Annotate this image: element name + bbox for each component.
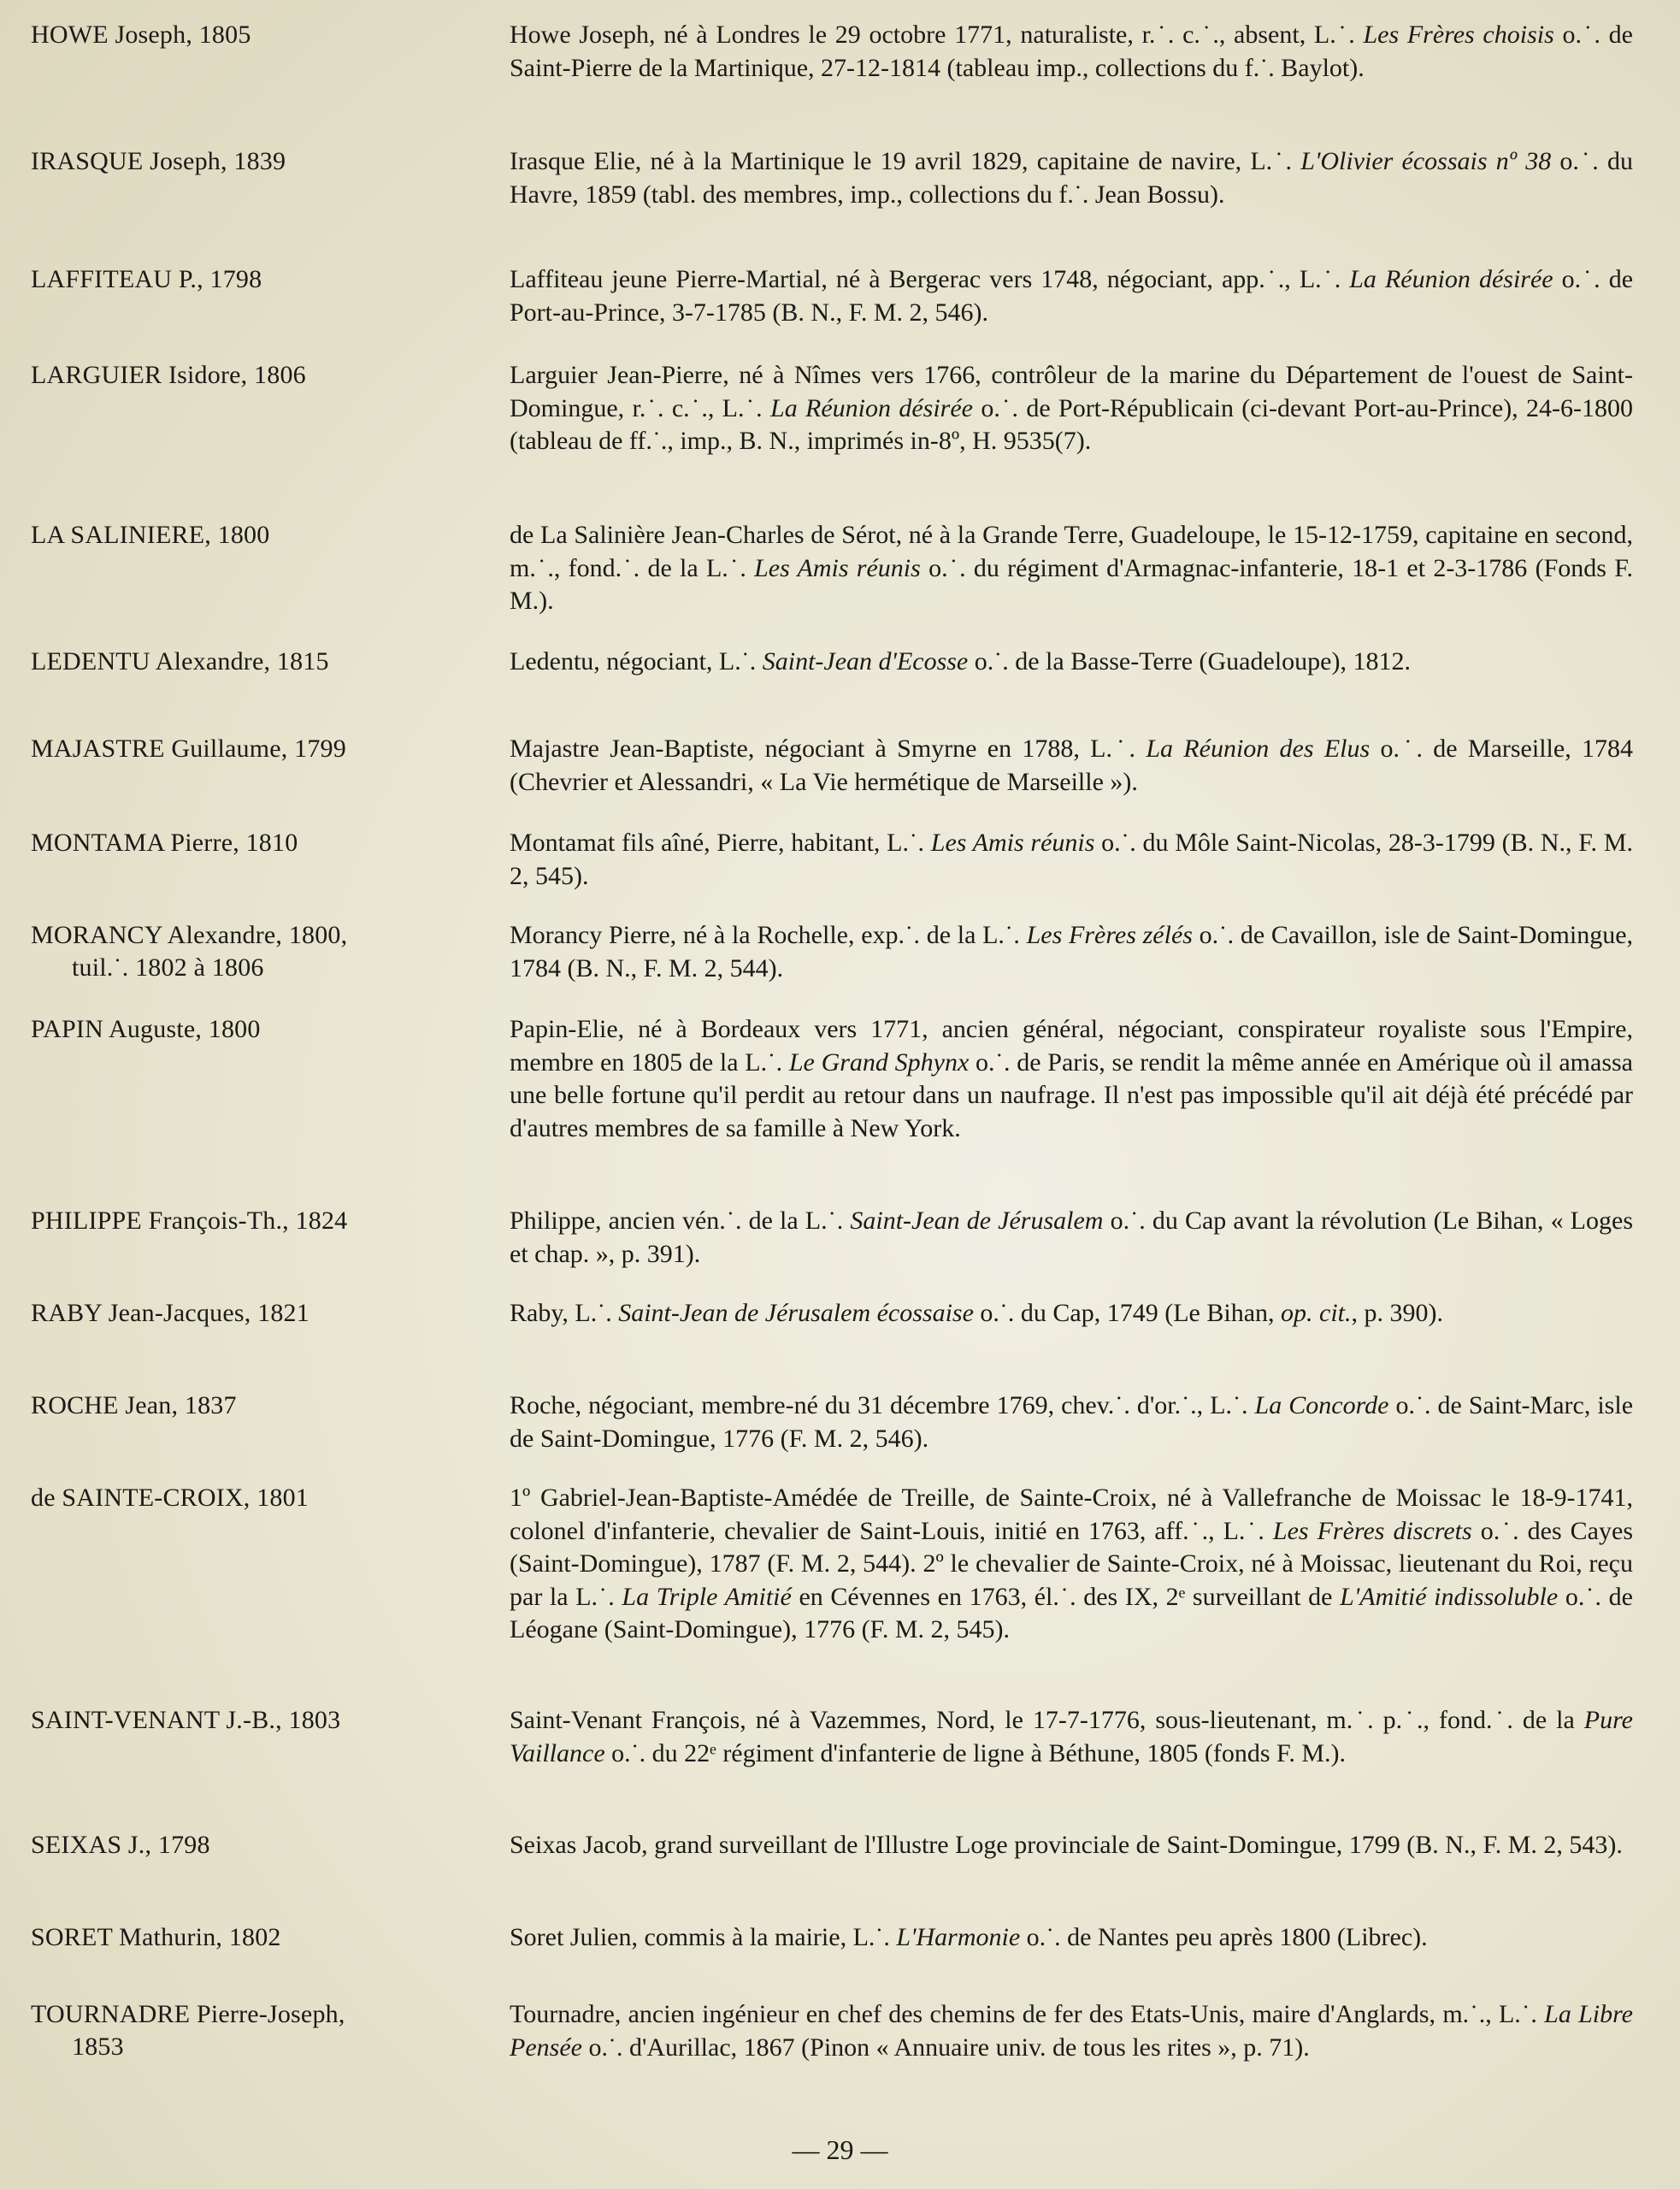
lodge-name: Le Grand Sphynx xyxy=(789,1048,969,1077)
entry-description: Tournadre, ancien ingénieur en chef des … xyxy=(510,1998,1633,2064)
entry-description: Soret Julien, commis à la mairie, L.˙. L… xyxy=(510,1921,1633,1955)
lodge-name: La Concorde xyxy=(1255,1391,1389,1419)
description-text: o.˙. du Cap, 1749 (Le Bihan, xyxy=(974,1299,1281,1327)
entry-description: Ledentu, négociant, L.˙. Saint-Jean d'Ec… xyxy=(510,646,1633,679)
entry-name: ROCHE Jean, 1837 xyxy=(31,1390,475,1422)
description-text: Ledentu, négociant, L.˙. xyxy=(510,647,763,676)
description-text: Seixas Jacob, grand surveillant de l'Ill… xyxy=(510,1831,1623,1859)
entry-description: Philippe, ancien vén.˙. de la L.˙. Saint… xyxy=(510,1205,1633,1271)
entry-description: Saint-Venant François, né à Vazemmes, No… xyxy=(510,1704,1633,1770)
entry-name: TOURNADRE Pierre-Joseph,1853 xyxy=(31,1998,475,2063)
entry-name: PHILIPPE François-Th., 1824 xyxy=(31,1205,475,1237)
description-text: Roche, négociant, membre-né du 31 décemb… xyxy=(510,1391,1255,1419)
description-text: Tournadre, ancien ingénieur en chef des … xyxy=(510,2000,1544,2028)
description-text: Raby, L.˙. xyxy=(510,1299,618,1327)
entry-name-line: TOURNADRE Pierre-Joseph, xyxy=(31,1998,475,2031)
entry-name-line: SAINT-VENANT J.-B., 1803 xyxy=(31,1704,475,1737)
entry-description: Morancy Pierre, né à la Rochelle, exp.˙.… xyxy=(510,919,1633,985)
lodge-name: Les Amis réunis xyxy=(931,829,1095,857)
entry-description: Howe Joseph, né à Londres le 29 octobre … xyxy=(510,19,1633,85)
entry-name-line: LA SALINIERE, 1800 xyxy=(31,519,475,552)
entry-name: MAJASTRE Guillaume, 1799 xyxy=(31,733,475,765)
entry-name: PAPIN Auguste, 1800 xyxy=(31,1013,475,1046)
description-text: o.˙. du 22ᵉ régiment d'infanterie de lig… xyxy=(605,1739,1346,1767)
entry-name-line: MORANCY Alexandre, 1800, xyxy=(31,919,475,952)
lodge-name: Saint-Jean d'Ecosse xyxy=(763,647,969,676)
lodge-name: L'Olivier écossais nº 38 xyxy=(1300,147,1551,175)
description-text: o.˙. de Nantes peu après 1800 (Librec). xyxy=(1020,1923,1427,1951)
description-text: Majastre Jean-Baptiste, négociant à Smyr… xyxy=(510,735,1146,763)
entry-name: SEIXAS J., 1798 xyxy=(31,1829,475,1862)
entry-name-line: PAPIN Auguste, 1800 xyxy=(31,1013,475,1046)
entry-name: LA SALINIERE, 1800 xyxy=(31,519,475,552)
document-page: HOWE Joseph, 1805Howe Joseph, né à Londr… xyxy=(0,0,1680,2189)
entry-name: SORET Mathurin, 1802 xyxy=(31,1921,475,1954)
entry-name: IRASQUE Joseph, 1839 xyxy=(31,145,475,178)
entry-name-line: PHILIPPE François-Th., 1824 xyxy=(31,1205,475,1237)
lodge-name: Saint-Jean de Jérusalem écossaise xyxy=(618,1299,974,1327)
entry-name-line: tuil.˙. 1802 à 1806 xyxy=(31,952,475,984)
description-text: Irasque Elie, né à la Martinique le 19 a… xyxy=(510,147,1300,175)
entry-description: Montamat fils aîné, Pierre, habitant, L.… xyxy=(510,827,1633,893)
entry-name-line: LEDENTU Alexandre, 1815 xyxy=(31,646,475,678)
description-text: Laffiteau jeune Pierre-Martial, né à Ber… xyxy=(510,265,1349,293)
lodge-name: Les Amis réunis xyxy=(754,554,921,582)
description-text: Howe Joseph, né à Londres le 29 octobre … xyxy=(510,21,1363,49)
entry-description: Roche, négociant, membre-né du 31 décemb… xyxy=(510,1390,1633,1455)
entry-description: Irasque Elie, né à la Martinique le 19 a… xyxy=(510,145,1633,211)
entry-description: Papin-Elie, né à Bordeaux vers 1771, anc… xyxy=(510,1013,1633,1145)
entry-name-line: SEIXAS J., 1798 xyxy=(31,1829,475,1862)
description-text: Montamat fils aîné, Pierre, habitant, L.… xyxy=(510,829,931,857)
lodge-name: L'Harmonie xyxy=(896,1923,1020,1951)
description-text: Saint-Venant François, né à Vazemmes, No… xyxy=(510,1706,1584,1734)
page-number: — 29 — xyxy=(0,2134,1680,2166)
entry-name: RABY Jean-Jacques, 1821 xyxy=(31,1297,475,1330)
lodge-name: La Réunion désirée xyxy=(770,394,973,422)
entry-name-line: LARGUIER Isidore, 1806 xyxy=(31,359,475,392)
description-text: o.˙. de la Basse-Terre (Guadeloupe), 181… xyxy=(968,647,1411,676)
entry-name-line: SORET Mathurin, 1802 xyxy=(31,1921,475,1954)
description-text: o.˙. d'Aurillac, 1867 (Pinon « Annuaire … xyxy=(582,2033,1310,2062)
lodge-name: L'Amitié indissoluble xyxy=(1340,1583,1558,1611)
entry-name-line: IRASQUE Joseph, 1839 xyxy=(31,145,475,178)
entry-name: SAINT-VENANT J.-B., 1803 xyxy=(31,1704,475,1737)
entry-name-line: ROCHE Jean, 1837 xyxy=(31,1390,475,1422)
entry-name: LARGUIER Isidore, 1806 xyxy=(31,359,475,392)
entry-name: MORANCY Alexandre, 1800,tuil.˙. 1802 à 1… xyxy=(31,919,475,984)
entry-description: Laffiteau jeune Pierre-Martial, né à Ber… xyxy=(510,263,1633,329)
description-text: en Cévennes en 1763, él.˙. des IX, 2ᵉ su… xyxy=(792,1583,1340,1611)
lodge-name: op. cit. xyxy=(1281,1299,1352,1327)
description-text: , p. 390). xyxy=(1352,1299,1444,1327)
entry-description: Larguier Jean-Pierre, né à Nîmes vers 17… xyxy=(510,359,1633,458)
entry-description: Majastre Jean-Baptiste, négociant à Smyr… xyxy=(510,733,1633,799)
entry-name: LAFFITEAU P., 1798 xyxy=(31,263,475,296)
entry-description: 1º Gabriel-Jean-Baptiste-Amédée de Treil… xyxy=(510,1482,1633,1647)
lodge-name: Saint-Jean de Jérusalem xyxy=(850,1207,1103,1235)
lodge-name: La Triple Amitié xyxy=(622,1583,791,1611)
entry-name-line: 1853 xyxy=(31,2031,475,2063)
entry-name: de SAINTE-CROIX, 1801 xyxy=(31,1482,475,1514)
entry-name-line: LAFFITEAU P., 1798 xyxy=(31,263,475,296)
lodge-name: Les Frères discrets xyxy=(1273,1517,1472,1545)
entry-name-line: MONTAMA Pierre, 1810 xyxy=(31,827,475,859)
lodge-name: Les Frères choisis xyxy=(1363,21,1553,49)
entry-description: Seixas Jacob, grand surveillant de l'Ill… xyxy=(510,1829,1633,1862)
entry-name-line: RABY Jean-Jacques, 1821 xyxy=(31,1297,475,1330)
description-text: Morancy Pierre, né à la Rochelle, exp.˙.… xyxy=(510,921,1027,949)
entry-name: LEDENTU Alexandre, 1815 xyxy=(31,646,475,678)
description-text: Soret Julien, commis à la mairie, L.˙. xyxy=(510,1923,896,1951)
entry-name: MONTAMA Pierre, 1810 xyxy=(31,827,475,859)
entry-name: HOWE Joseph, 1805 xyxy=(31,19,475,51)
entry-name-line: HOWE Joseph, 1805 xyxy=(31,19,475,51)
lodge-name: La Réunion désirée xyxy=(1349,265,1553,293)
entry-name-line: de SAINTE-CROIX, 1801 xyxy=(31,1482,475,1514)
entry-description: Raby, L.˙. Saint-Jean de Jérusalem écoss… xyxy=(510,1297,1633,1331)
entry-description: de La Salinière Jean-Charles de Sérot, n… xyxy=(510,519,1633,618)
entry-name-line: MAJASTRE Guillaume, 1799 xyxy=(31,733,475,765)
lodge-name: Les Frères zélés xyxy=(1027,921,1193,949)
lodge-name: La Réunion des Elus xyxy=(1146,735,1370,763)
description-text: Philippe, ancien vén.˙. de la L.˙. xyxy=(510,1207,850,1235)
